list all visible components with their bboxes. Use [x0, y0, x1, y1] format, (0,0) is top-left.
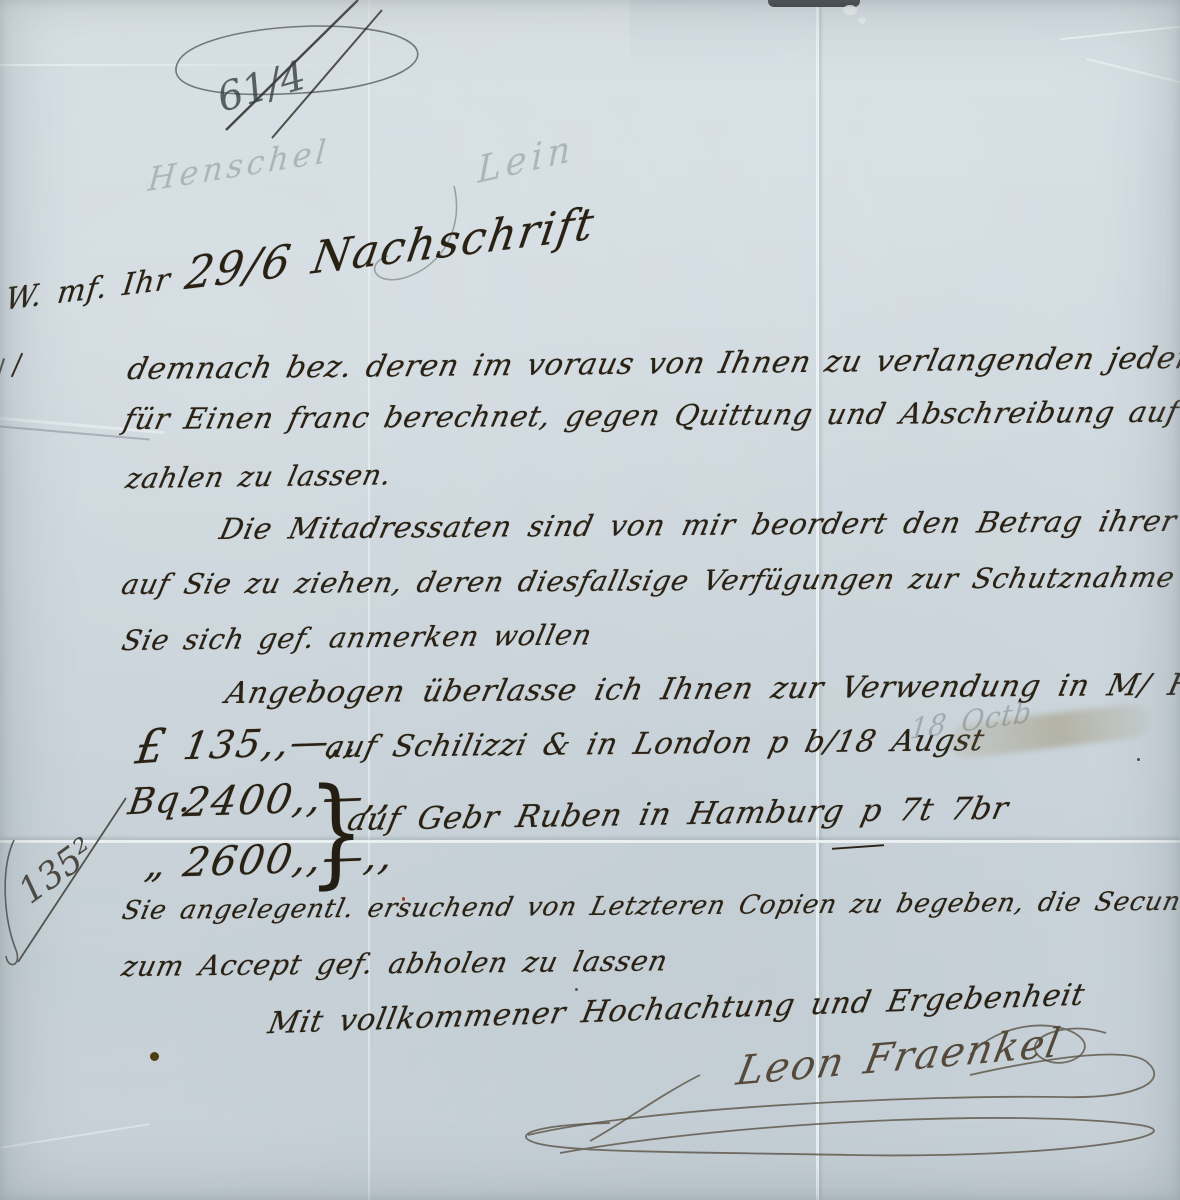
ink-stray-slash	[11, 353, 23, 378]
wrinkle-line	[1, 1123, 149, 1148]
body-line-7: Angebogen überlasse ich Ihnen zur Verwen…	[222, 667, 1180, 711]
body-line-9: zum Accept gef. abholen zu lassen	[119, 944, 671, 983]
paper-chip	[858, 17, 866, 24]
fold-horizontal	[0, 840, 1180, 843]
ink-speck	[575, 988, 578, 991]
body-line-6: Sie sich gef. anmerken wollen	[119, 618, 596, 657]
body-line-3: zahlen zu lassen.	[123, 458, 395, 495]
red-fleck	[402, 897, 405, 901]
svg-text:135²: 135²	[11, 830, 102, 912]
dateline-left: W. mf. Ihr	[4, 262, 173, 318]
crease-top-right	[1086, 58, 1180, 84]
letter-sheet: 61/4 Henschel Lein W. mf. Ihr 29/6 Nachs…	[0, 0, 1180, 1200]
amount-joint-text: auf Gebr Ruben in Hamburg p 7t 7br	[344, 790, 1012, 838]
body-line-5: auf Sie zu ziehen, deren diesfallsige Ve…	[119, 559, 1180, 601]
amount-pound-symbol: £	[132, 718, 170, 775]
top-edge-shadow	[768, 0, 860, 7]
crease-top-right	[1060, 26, 1180, 41]
ink-speck	[1137, 758, 1140, 761]
body-line-2: für Einen franc berechnet, gegen Quittun…	[120, 393, 1180, 436]
body-line-4: Die Mitadressaten sind von mir beordert …	[216, 502, 1180, 546]
body-line-1: demnach bez. deren im voraus von Ihnen z…	[124, 339, 1180, 387]
body-line-8: Sie angelegentl. ersuchend von Letzteren…	[119, 885, 1180, 926]
underline-7br	[832, 844, 884, 850]
margin-note-flourish: 135²	[0, 770, 150, 980]
docket-scribble: 61/4	[130, 0, 470, 150]
paper-chip	[843, 5, 857, 15]
ink-stray-slash	[0, 358, 5, 378]
amount-line-1-text: auf Schilizzi & in London p b/18 Augst	[322, 723, 988, 765]
ink-spot	[150, 1052, 159, 1061]
amount-3-value: 2600,,—,,	[180, 833, 399, 887]
